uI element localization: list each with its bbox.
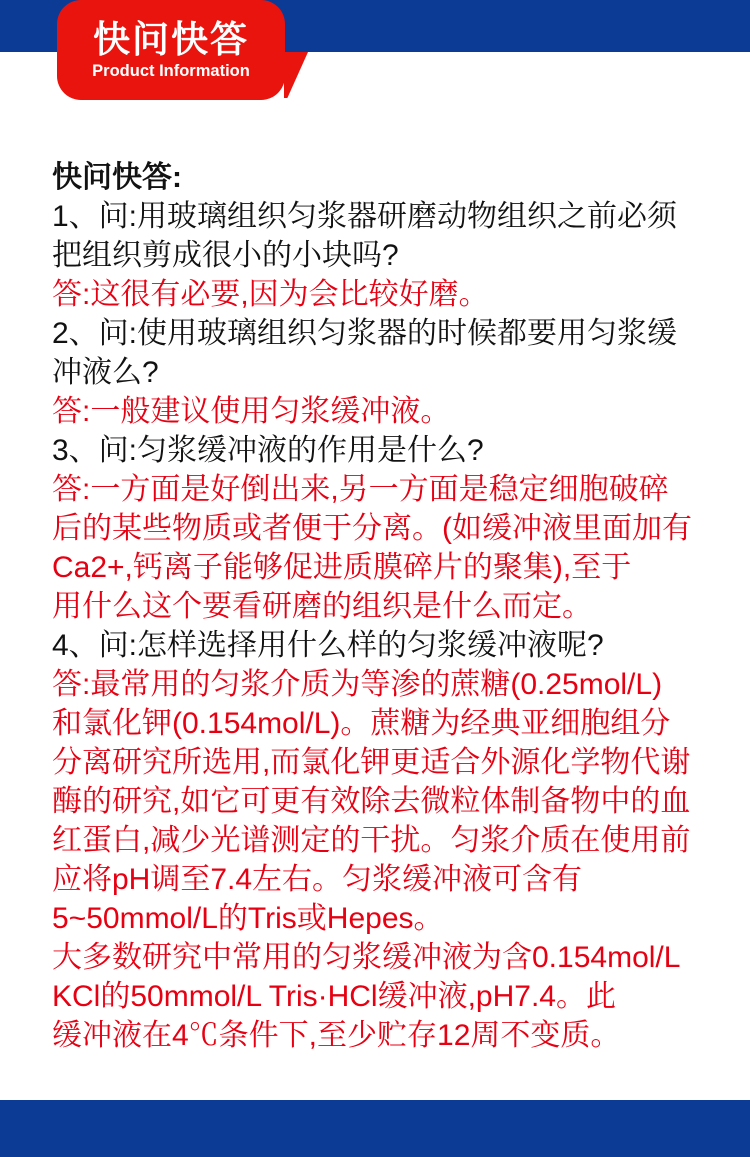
qa-heading: 快问快答: bbox=[52, 158, 712, 197]
bottom-blue-bar bbox=[0, 1100, 750, 1157]
qa-line: 后的某些物质或者便于分离。(如缓冲液里面加有 bbox=[52, 509, 712, 548]
qa-line: 2、问:使用玻璃组织匀浆器的时候都要用匀浆缓 bbox=[52, 314, 712, 353]
header-badge: 快问快答 Product Information bbox=[57, 0, 285, 100]
qa-line: 缓冲液在4℃条件下,至少贮存12周不变质。 bbox=[52, 1016, 712, 1055]
qa-line: 4、问:怎样选择用什么样的匀浆缓冲液呢? bbox=[52, 626, 712, 665]
qa-line: 应将pH调至7.4左右。匀浆缓冲液可含有 bbox=[52, 860, 712, 899]
qa-line: 和氯化钾(0.154mol/L)。蔗糖为经典亚细胞组分 bbox=[52, 704, 712, 743]
qa-line: KCl的50mmol/L Tris·HCl缓冲液,pH7.4。此 bbox=[52, 977, 712, 1016]
qa-line: Ca2+,钙离子能够促进质膜碎片的聚集),至于 bbox=[52, 548, 712, 587]
badge-subtitle: Product Information bbox=[57, 61, 285, 81]
qa-line: 把组织剪成很小的小块吗? bbox=[52, 236, 712, 275]
qa-line: 答:一般建议使用匀浆缓冲液。 bbox=[52, 392, 712, 431]
qa-line: 冲液么? bbox=[52, 353, 712, 392]
qa-line: 答:最常用的匀浆介质为等渗的蔗糖(0.25mol/L) bbox=[52, 665, 712, 704]
qa-lines: 1、问:用玻璃组织匀浆器研磨动物组织之前必须把组织剪成很小的小块吗?答:这很有必… bbox=[52, 197, 712, 1055]
qa-line: 答:这很有必要,因为会比较好磨。 bbox=[52, 275, 712, 314]
qa-line: 大多数研究中常用的匀浆缓冲液为含0.154mol/L bbox=[52, 938, 712, 977]
qa-line: 5~50mmol/L的Tris或Hepes。 bbox=[52, 899, 712, 938]
qa-line: 1、问:用玻璃组织匀浆器研磨动物组织之前必须 bbox=[52, 197, 712, 236]
qa-line: 分离研究所选用,而氯化钾更适合外源化学物代谢 bbox=[52, 743, 712, 782]
qa-line: 答:一方面是好倒出来,另一方面是稳定细胞破碎 bbox=[52, 470, 712, 509]
qa-line: 红蛋白,减少光谱测定的干扰。匀浆介质在使用前 bbox=[52, 821, 712, 860]
ribbon-fold bbox=[284, 52, 308, 98]
qa-line: 酶的研究,如它可更有效除去微粒体制备物中的血 bbox=[52, 782, 712, 821]
qa-line: 用什么这个要看研磨的组织是什么而定。 bbox=[52, 587, 712, 626]
qa-line: 3、问:匀浆缓冲液的作用是什么? bbox=[52, 431, 712, 470]
product-information-page: 快问快答 Product Information 快问快答: 1、问:用玻璃组织… bbox=[0, 0, 750, 1157]
badge-title: 快问快答 bbox=[57, 20, 285, 60]
qa-content: 快问快答: 1、问:用玻璃组织匀浆器研磨动物组织之前必须把组织剪成很小的小块吗?… bbox=[52, 158, 712, 1055]
